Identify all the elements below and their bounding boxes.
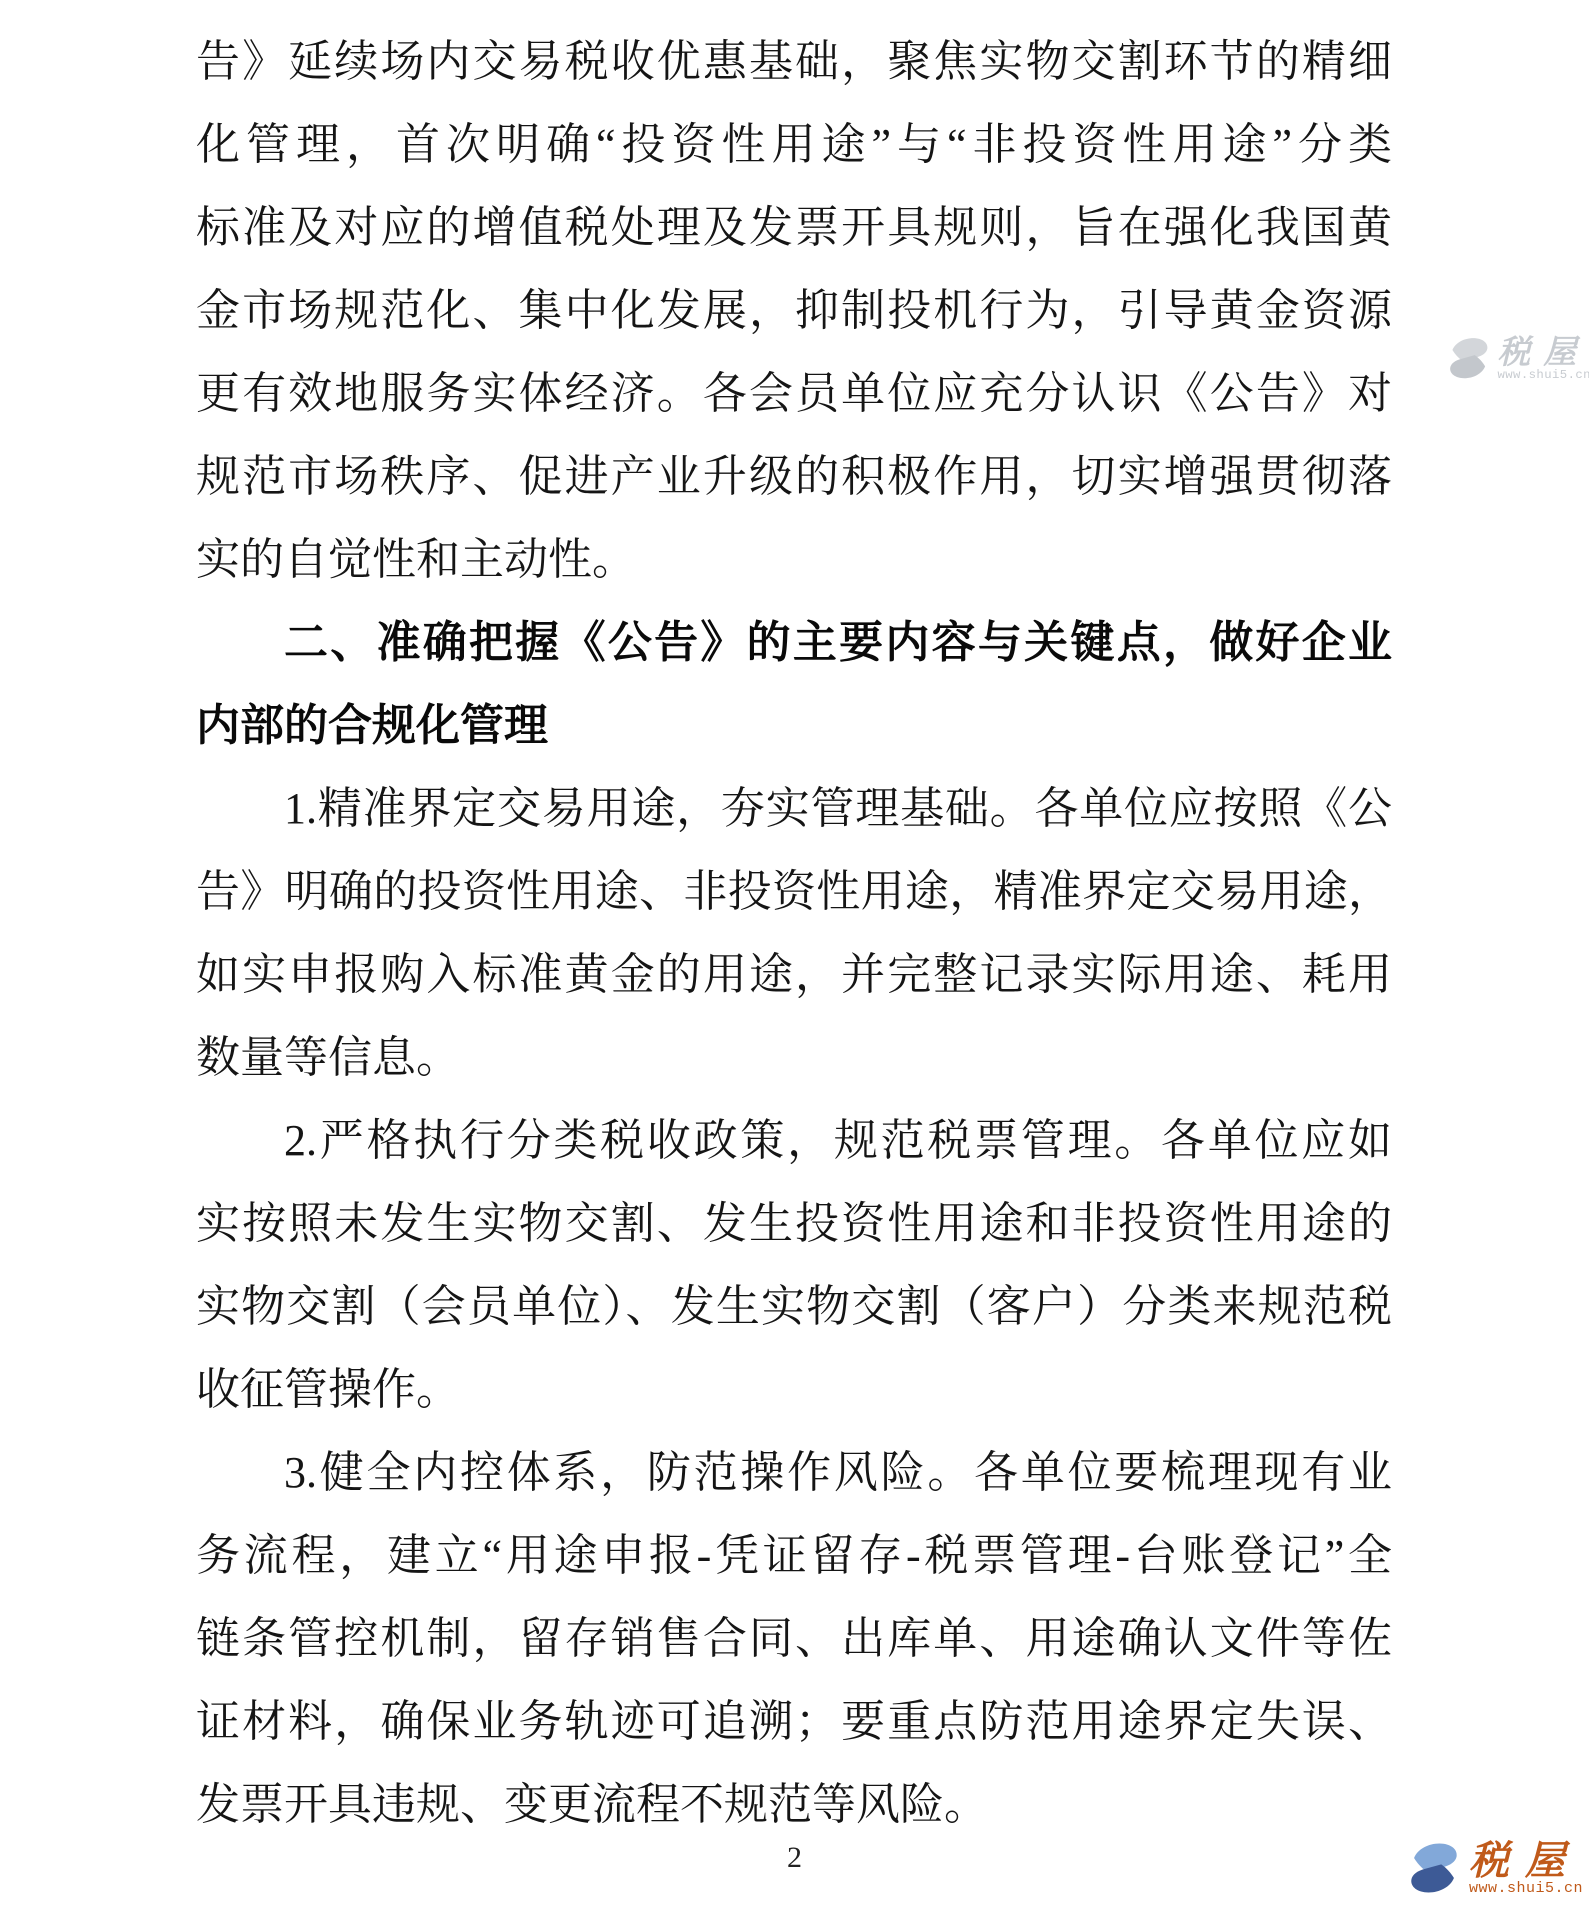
shui5-logo: 税屋 www.shui5.cn [1405,1841,1583,1897]
body-line: 标准及对应的增值税处理及发票开具规则，旨在强化我国黄 [196,186,1392,269]
body-line: 如实申报购入标准黄金的用途，并完整记录实际用途、耗用 [196,933,1392,1016]
body-line: 实的自觉性和主动性。 [196,518,1392,601]
shui5-s-icon [1445,336,1493,380]
page-footer: 2 [0,1841,1589,1875]
brand-name: 税屋 [1469,1841,1581,1881]
body-line: 化管理，首次明确“投资性用途”与“非投资性用途”分类 [196,103,1392,186]
body-line: 更有效地服务实体经济。各会员单位应充分认识《公告》对 [196,352,1392,435]
brand-url: www.shui5.cn [1497,369,1589,382]
shui5-watermark-faint: 税屋 www.shui5.cn [1445,336,1589,382]
document-page: 税屋 www.shui5.cn 告》延续场内交易税收优惠基础，聚焦实物交割环节的… [0,0,1589,1911]
body-line: 3.健全内控体系，防范操作风险。各单位要梳理现有业 [196,1431,1392,1514]
body-line: 证材料，确保业务轨迹可追溯；要重点防范用途界定失误、 [196,1680,1392,1763]
body-line: 告》延续场内交易税收优惠基础，聚焦实物交割环节的精细 [196,20,1392,103]
body-line: 收征管操作。 [196,1348,1392,1431]
body-line: 实按照未发生实物交割、发生投资性用途和非投资性用途的 [196,1182,1392,1265]
body-line: 告》明确的投资性用途、非投资性用途，精准界定交易用途， [196,850,1392,933]
body-line: 金市场规范化、集中化发展，抑制投机行为，引导黄金资源 [196,269,1392,352]
document-body: 告》延续场内交易税收优惠基础，聚焦实物交割环节的精细化管理，首次明确“投资性用途… [196,20,1392,1846]
body-line: 1.精准界定交易用途，夯实管理基础。各单位应按照《公 [196,767,1392,850]
heading-line: 二、准确把握《公告》的主要内容与关键点，做好企业 [196,601,1392,684]
shui5-s-icon [1405,1841,1463,1895]
body-line: 规范市场秩序、促进产业升级的积极作用，切实增强贯彻落 [196,435,1392,518]
body-line: 实物交割（会员单位）、发生实物交割（客户）分类来规范税 [196,1265,1392,1348]
body-line: 2.严格执行分类税收政策，规范税票管理。各单位应如 [196,1099,1392,1182]
body-line: 数量等信息。 [196,1016,1392,1099]
heading-line: 内部的合规化管理 [196,684,1392,767]
page-number: 2 [787,1841,802,1874]
shui5-watermark-text: 税屋 www.shui5.cn [1497,336,1589,382]
body-line: 发票开具违规、变更流程不规范等风险。 [196,1763,1392,1846]
brand-url: www.shui5.cn [1469,1881,1583,1897]
shui5-logo-text: 税屋 www.shui5.cn [1469,1841,1583,1897]
body-line: 务流程，建立“用途申报-凭证留存-税票管理-台账登记”全 [196,1514,1392,1597]
brand-name: 税屋 [1497,336,1589,369]
body-line: 链条管控机制，留存销售合同、出库单、用途确认文件等佐 [196,1597,1392,1680]
